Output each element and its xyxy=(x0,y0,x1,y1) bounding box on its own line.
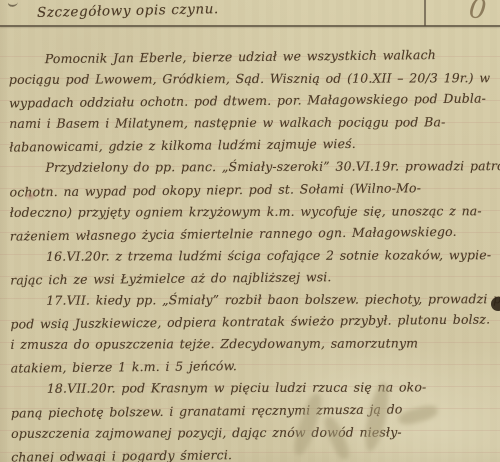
page-title: Szczegółowy opis czynu. xyxy=(37,1,219,21)
manuscript-line: Przydzielony do pp. panc. „Śmiały-szerok… xyxy=(9,156,493,180)
corner-pen-mark xyxy=(7,0,18,8)
ink-blot xyxy=(491,297,500,311)
manuscript-line: ochotn. na wypad pod okopy niepr. pod st… xyxy=(9,176,493,203)
manuscript-page: Szczegółowy opis czynu. 0 Pomocnik Jan E… xyxy=(0,0,500,462)
manuscript-line: 16.VI.20r. z trzema ludźmi ściga cofając… xyxy=(10,244,494,268)
header-column-rule xyxy=(424,0,426,26)
manuscript-line: 18.VII.20r. pod Krasnym w pięciu ludzi r… xyxy=(11,377,495,401)
manuscript-line: opuszczenia zajmowanej pozycji, dając zn… xyxy=(11,421,495,445)
page-number: 0 xyxy=(467,0,487,26)
manuscript-line: łodeczno) przyjęty ogniem krzyżowym k.m.… xyxy=(10,200,494,224)
ink-smudge xyxy=(26,193,35,199)
manuscript-line: rażeniem własnego życia śmiertelnie rann… xyxy=(10,220,494,247)
manuscript-text: Pomocnik Jan Eberle, bierze udział we ws… xyxy=(9,45,496,462)
